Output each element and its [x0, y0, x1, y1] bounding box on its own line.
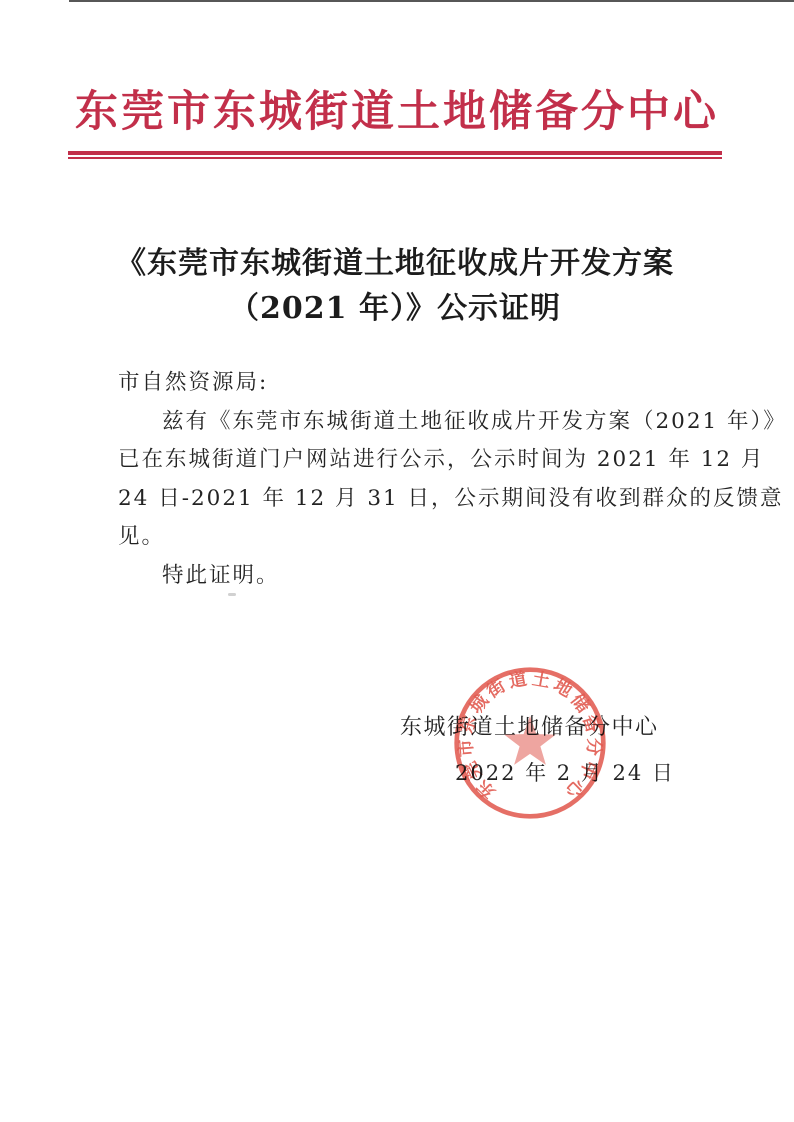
scanned-document-page: 东莞市东城街道土地储备分中心 《东莞市东城街道土地征收成片开发方案 （2021 … [0, 0, 794, 1122]
document-title-line-2: （2021 年）》公示证明 [68, 286, 722, 331]
body-line: 见。 [118, 518, 684, 557]
document-title-line-1: 《东莞市东城街道土地征收成片开发方案 [68, 241, 722, 286]
document-body: 市自然资源局: 兹有《东莞市东城街道土地征收成片开发方案（2021 年）》 已在… [118, 364, 684, 596]
document-title: 《东莞市东城街道土地征收成片开发方案 （2021 年）》公示证明 [68, 241, 722, 331]
scan-artifact-top-line [69, 0, 794, 2]
closing-line: 特此证明。 [118, 557, 684, 596]
salutation-line: 市自然资源局: [118, 364, 684, 403]
official-seal-stamp-icon: 东莞市东城街道土地储备分中心 [452, 665, 608, 821]
letterhead-red-rule [68, 151, 722, 159]
body-line: 已在东城街道门户网站进行公示，公示时间为 2021 年 12 月 [118, 441, 684, 480]
scan-artifact-speck [228, 593, 236, 596]
letterhead-org-name: 东莞市东城街道土地储备分中心 [40, 82, 754, 142]
body-line: 24 日-2021 年 12 月 31 日，公示期间没有收到群众的反馈意 [118, 480, 684, 519]
seal-star-icon [504, 716, 555, 765]
body-line: 兹有《东莞市东城街道土地征收成片开发方案（2021 年）》 [118, 403, 684, 442]
